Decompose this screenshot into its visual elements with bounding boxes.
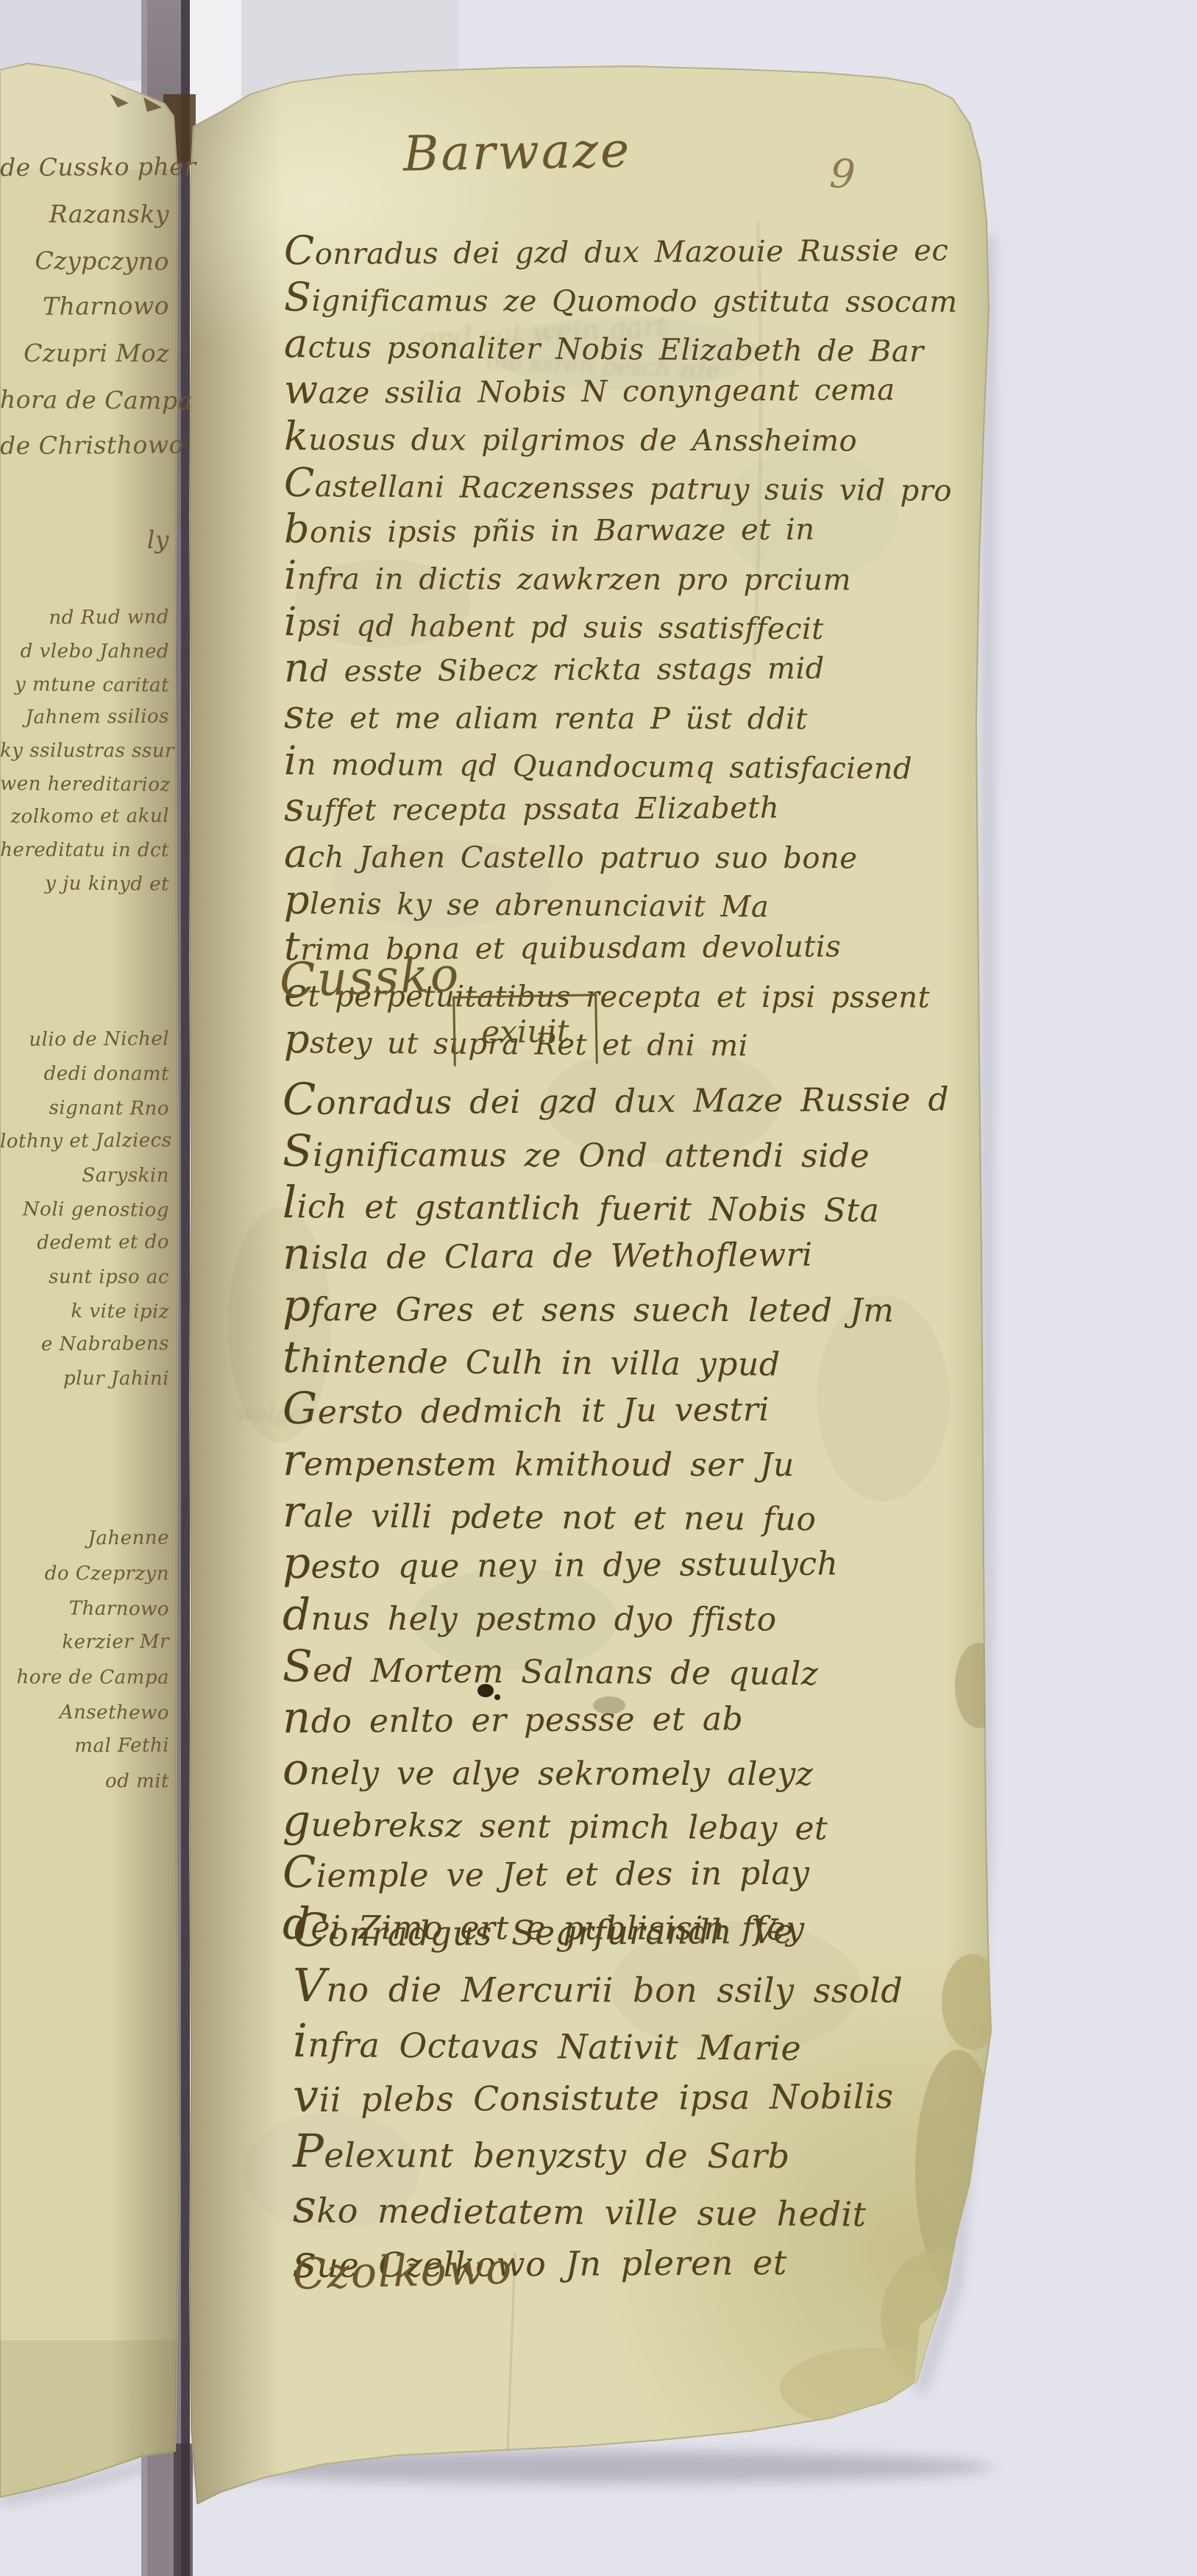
text-line: de Christhowo [0,422,169,469]
text-line: ly [0,518,169,563]
charter-entry-3: Conradgus Segrfurandh VeVno die Mercurii… [293,1905,903,2291]
page-title: Barwaze [402,121,631,182]
text-line: Significamus ze Quomodo gstituta ssocam [284,276,958,324]
facing-page-fragments-block: ulio de Nicheldedi donamtsignant Rnoloth… [0,1023,172,1395]
text-line: Czupri Moz [0,330,169,376]
exiuit-note-label: exiuit [481,1012,569,1050]
handwriting-layer: ond sat wein gart me ssren pesch zde wol… [0,0,1197,2576]
text-line: onely ve alye sekromely aleyz [283,1746,949,1799]
text-line: dedi donamt [0,1057,169,1091]
text-line: sko medietatem ville sue hedit [293,2181,903,2240]
text-line: y ju kinyd et [0,867,169,902]
text-line: Razansky [0,191,169,237]
text-line: od mit [0,1764,169,1799]
folio-number: 9 [828,150,857,198]
text-line: Pelexunt benyzsty de Sarb [293,2126,903,2182]
text-line: ky ssilustras ssur [0,735,169,768]
text-line: kuosus dux pilgrimos de Anssheimo [284,415,958,463]
text-line: waze ssilia Nobis N conyngeant cema [284,364,958,415]
text-line: lothny et Jalziecs [0,1124,169,1158]
exiuit-note-box: exiuit [452,994,598,1066]
margin-heading-cussko: Cussko [279,948,461,1009]
text-line: infra Octavas Nativit Marie [293,2015,903,2075]
text-line: Ansethewo [0,1695,169,1731]
text-line: pstey ut supra Ret et dni mi [284,1018,958,1069]
text-line: Tharnowo [0,1591,169,1627]
text-line: nisla de Clara de Wethoflewri [283,1226,949,1282]
charter-entry-2: Conradus dei gzd dux Maze Russie dSignif… [283,1076,949,1952]
text-line: d vlebo Jahned [0,635,169,668]
text-line: Saryskin [0,1158,169,1192]
text-line: Ciemple ve Jet et des in play [283,1844,949,1900]
text-line: Jahenne [0,1521,169,1557]
text-line: k vite ipiz [0,1294,169,1329]
text-line: e Nabrabens [0,1327,169,1362]
facing-page-fragments-block: Jahennedo CzeprzynTharnowokerzier Mrhore… [0,1522,172,1799]
text-line: zolkomo et akul [0,800,169,834]
manuscript-scan: ond sat wein gart me ssren pesch zde wol… [0,0,1197,2576]
text-line: ach Jahen Castello patruo suo bone [284,832,958,880]
facing-page-fragments-block: ly [0,519,172,563]
text-line: hora de Campa [0,376,169,424]
text-line: do Czeprzyn [0,1557,169,1591]
text-line: nd Rud wnd [0,601,169,635]
text-line: wen hereditarioz [0,768,169,802]
text-line: Tharnowo [0,283,169,330]
text-line: signant Rno [0,1091,169,1126]
text-line: sunt ipso ac [0,1260,169,1294]
text-line: dnus hely pestmo dyo ffisto [283,1591,949,1644]
text-line: hore de Campa [0,1660,169,1695]
text-line: Conradgus Segrfurandh Ve [293,1901,903,1960]
text-line: infra in dictis zawkrzen pro prcium [284,554,958,602]
text-line: ste et me aliam renta P üst ddit [284,693,958,741]
text-line: hereditatu in dct [0,834,169,867]
text-line: plur Jahini [0,1362,169,1395]
text-line: vii plebs Consistute ipsa Nobilis [293,2067,903,2126]
text-line: y mtune caritat [0,668,169,703]
text-line: kerzier Mr [0,1625,169,1660]
text-line: Noli genostiog [0,1192,169,1228]
text-line: nd esste Sibecz rickta sstags mid [284,643,958,693]
text-line: pfare Gres et sens suech leted Jm [283,1282,949,1335]
text-line: pesto que ney in dye sstuulych [283,1535,949,1591]
facing-page-fragments-block: de Cussko pherRazanskyCzypczynoTharnowoC… [0,144,172,469]
text-line: de Cussko pher [0,144,169,191]
text-line: Significamus ze Ond attendi side [283,1128,949,1181]
margin-heading-czolkowo: Czolkowo [292,2243,514,2299]
text-line: Gersto dedmich it Ju vestri [283,1381,949,1437]
text-line: suffet recepta pssata Elizabeth [284,782,958,832]
text-line: Vno die Mercurii bon ssily ssold [293,1960,903,2016]
text-line: Jahnem ssilios [0,701,169,735]
text-line: Conradus dei gzd dux Mazouie Russie ec [284,225,958,276]
text-line: mal Fethi [0,1729,169,1764]
charter-entry-1: Conradus dei gzd dux Mazouie Russie ecSi… [284,230,958,1064]
text-line: ulio de Nichel [0,1022,169,1057]
text-line: dedemt et do [0,1225,169,1260]
text-line: Conradus dei gzd dux Maze Russie d [283,1072,949,1128]
text-line: bonis ipsis pñis in Barwaze et in [284,503,958,554]
text-line: ndo enlto er pessse et ab [283,1690,949,1746]
facing-page-fragments-block: nd Rud wndd vlebo Jahnedy mtune caritatJ… [0,602,172,900]
text-line: Czypczyno [0,237,169,285]
text-line: rempenstem kmithoud ser Ju [283,1437,949,1490]
